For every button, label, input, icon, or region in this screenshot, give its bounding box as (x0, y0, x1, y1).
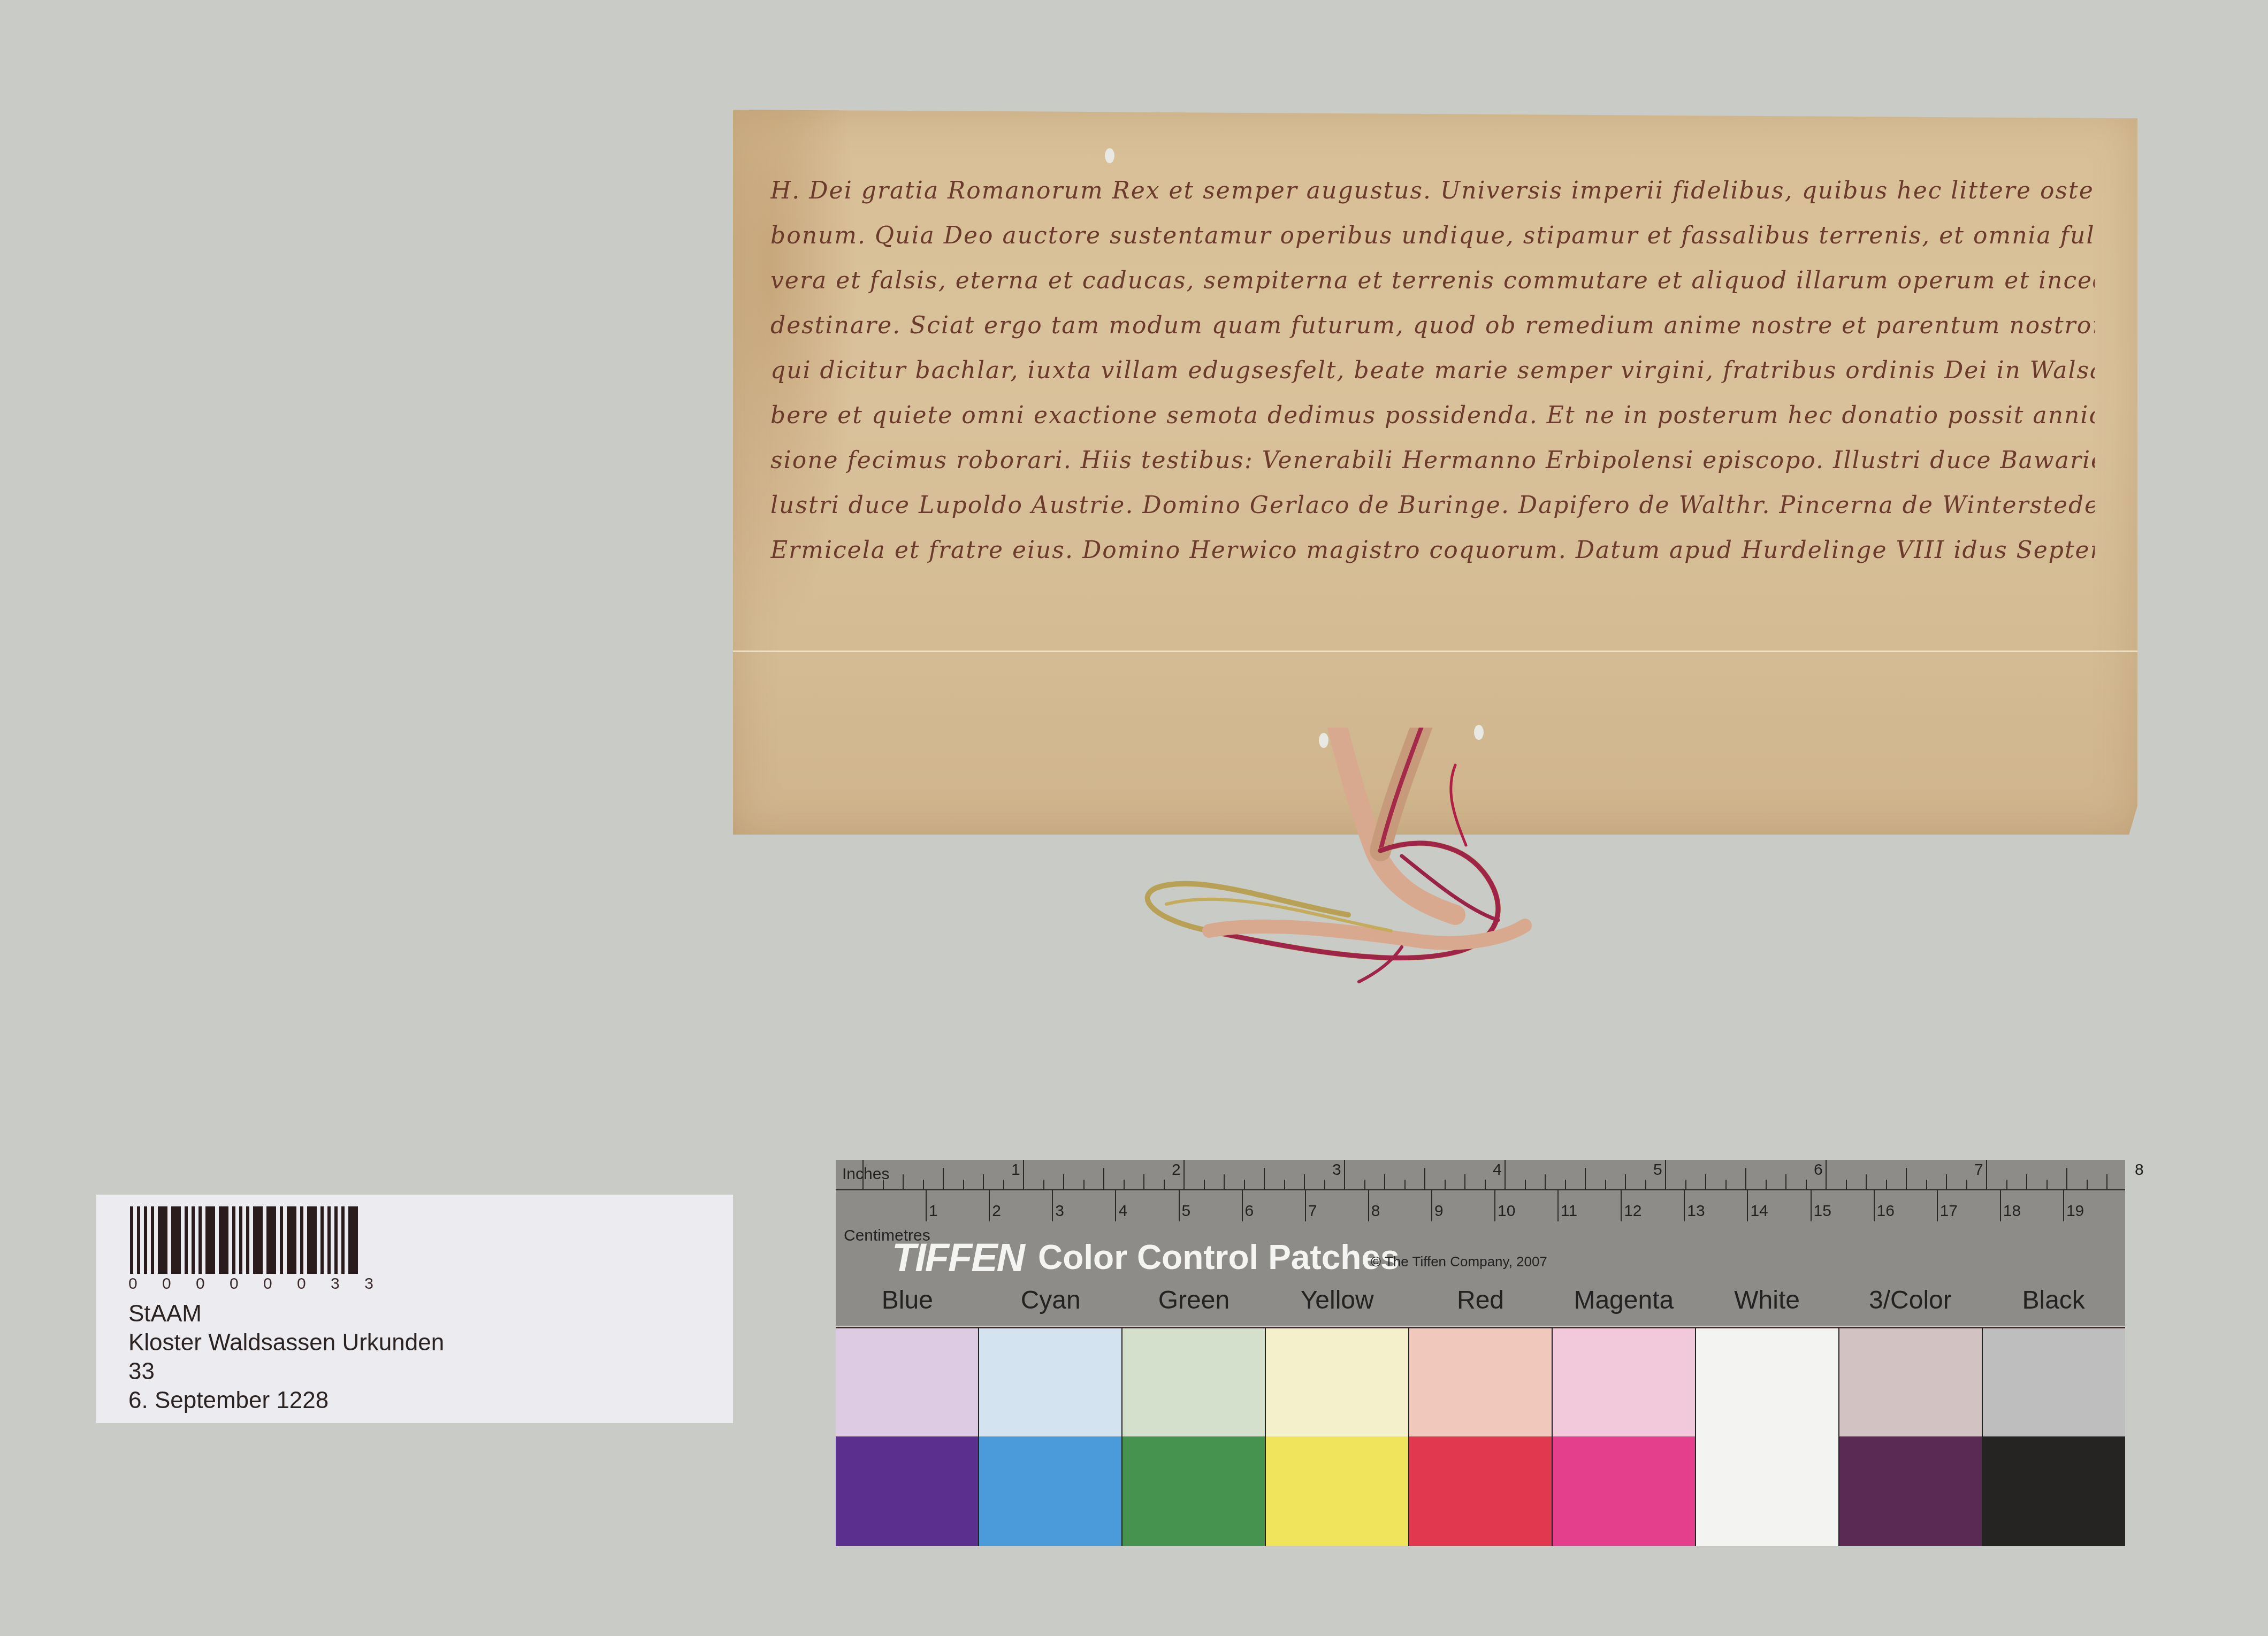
chart-header: Inches 12345678 123456789101112131415161… (836, 1160, 2125, 1326)
cm-mark: 4 (1118, 1202, 1127, 1220)
tiffen-logo: TIFFEN (892, 1235, 1024, 1280)
manuscript-line: lustri duce Lupoldo Austrie. Domino Gerl… (770, 483, 2095, 528)
barcode-digits: 0 0 0 0 0 0 3 3 (128, 1275, 384, 1293)
manuscript-line: bere et quiete omni exactione semota ded… (770, 393, 2095, 438)
dark-patches (836, 1436, 2125, 1546)
document-date: 6. September 1228 (128, 1386, 444, 1415)
cm-mark: 3 (1055, 1202, 1064, 1220)
patch-light-cyan (979, 1328, 1122, 1438)
cm-mark: 19 (2066, 1202, 2084, 1220)
manuscript-text: H. Dei gratia Romanorum Rex et semper au… (770, 169, 2095, 573)
cm-mark: 16 (1877, 1202, 1895, 1220)
cm-mark: 11 (1561, 1202, 1577, 1220)
patch-dark-red (1409, 1436, 1553, 1546)
cm-mark: 10 (1498, 1202, 1515, 1220)
patch-label-white: White (1696, 1286, 1839, 1318)
color-control-chart: Inches 12345678 123456789101112131415161… (836, 1160, 2125, 1546)
cm-mark: 13 (1687, 1202, 1705, 1220)
inch-mark: 2 (1172, 1161, 1181, 1179)
inch-mark: 1 (1011, 1161, 1020, 1179)
cm-mark: 14 (1750, 1202, 1768, 1220)
light-patches (836, 1327, 2125, 1438)
cm-mark: 5 (1182, 1202, 1191, 1220)
patch-dark-black (1983, 1436, 2125, 1546)
chart-title: Color Control Patches (1038, 1237, 1400, 1277)
patch-light-magenta (1553, 1328, 1696, 1438)
inch-mark: 8 (2135, 1161, 2144, 1179)
patch-label-black: Black (1982, 1286, 2125, 1318)
patch-label-red: Red (1409, 1286, 1552, 1318)
patch-label-blue: Blue (836, 1286, 979, 1318)
patch-light-red (1409, 1328, 1553, 1438)
seal-cord-icon (1124, 728, 1766, 984)
inch-ruler: Inches 12345678 (836, 1160, 2125, 1190)
patch-light-green (1122, 1328, 1266, 1438)
copyright: © The Tiffen Company, 2007 (1371, 1253, 1547, 1270)
patch-label-green: Green (1122, 1286, 1266, 1318)
manuscript-line: destinare. Sciat ergo tam modum quam fut… (770, 303, 2095, 348)
barcode (130, 1206, 362, 1274)
manuscript-line: Ermicela et fratre eius. Domino Herwico … (770, 528, 2095, 573)
parchment-charter: H. Dei gratia Romanorum Rex et semper au… (733, 110, 2137, 835)
cm-mark: 2 (992, 1202, 1001, 1220)
inch-mark: 5 (1653, 1161, 1662, 1179)
punch-hole (1105, 148, 1114, 163)
manuscript-line: vera et falsis, eterna et caducas, sempi… (770, 258, 2095, 303)
cm-mark: 18 (2003, 1202, 2021, 1220)
cm-ruler: 12345678910111213141516171819 (836, 1190, 2125, 1222)
patch-dark-cyan (979, 1436, 1122, 1546)
cm-mark: 1 (929, 1202, 938, 1220)
patch-label-cyan: Cyan (979, 1286, 1122, 1318)
manuscript-line: H. Dei gratia Romanorum Rex et semper au… (770, 169, 2095, 213)
inch-mark: 6 (1814, 1161, 1823, 1179)
cm-mark: 8 (1371, 1202, 1380, 1220)
manuscript-line: bonum. Quia Deo auctore sustentamur oper… (770, 213, 2095, 258)
patch-light-3-color (1839, 1328, 1983, 1438)
patch-dark-magenta (1553, 1436, 1696, 1546)
inch-mark: 3 (1332, 1161, 1341, 1179)
patch-light-blue (836, 1328, 979, 1438)
patch-dark-green (1122, 1436, 1266, 1546)
manuscript-line: qui dicitur bachlar, iuxta villam edugse… (770, 348, 2095, 393)
cm-mark: 6 (1245, 1202, 1254, 1220)
patch-light-black (1983, 1328, 2125, 1438)
cm-mark: 17 (1940, 1202, 1958, 1220)
patch-dark-blue (836, 1436, 979, 1546)
patch-dark-3-color (1839, 1436, 1983, 1546)
inch-mark: 7 (1974, 1161, 1983, 1179)
inch-mark: 4 (1493, 1161, 1502, 1179)
patch-light-white (1696, 1328, 1839, 1438)
cm-mark: 7 (1308, 1202, 1317, 1220)
collection-name: Kloster Waldsassen Urkunden (128, 1328, 444, 1357)
patch-dark-yellow (1266, 1436, 1409, 1546)
archive-name: StAAM (128, 1299, 444, 1328)
patch-label-magenta: Magenta (1552, 1286, 1696, 1318)
fold-line (733, 650, 2137, 652)
manuscript-line: sione fecimus roborari. Hiis testibus: V… (770, 438, 2095, 483)
patch-label-yellow: Yellow (1265, 1286, 1409, 1318)
cm-mark: 9 (1434, 1202, 1444, 1220)
cm-mark: 15 (1814, 1202, 1831, 1220)
patch-label-3-color: 3/Color (1838, 1286, 1982, 1318)
cm-mark: 12 (1624, 1202, 1641, 1220)
document-number: 33 (128, 1357, 444, 1386)
patch-light-yellow (1266, 1328, 1409, 1438)
patch-labels: BlueCyanGreenYellowRedMagentaWhite3/Colo… (836, 1286, 2125, 1318)
archive-label: 0 0 0 0 0 0 3 3 StAAM Kloster Waldsassen… (96, 1195, 733, 1423)
patch-dark-white (1696, 1436, 1839, 1546)
